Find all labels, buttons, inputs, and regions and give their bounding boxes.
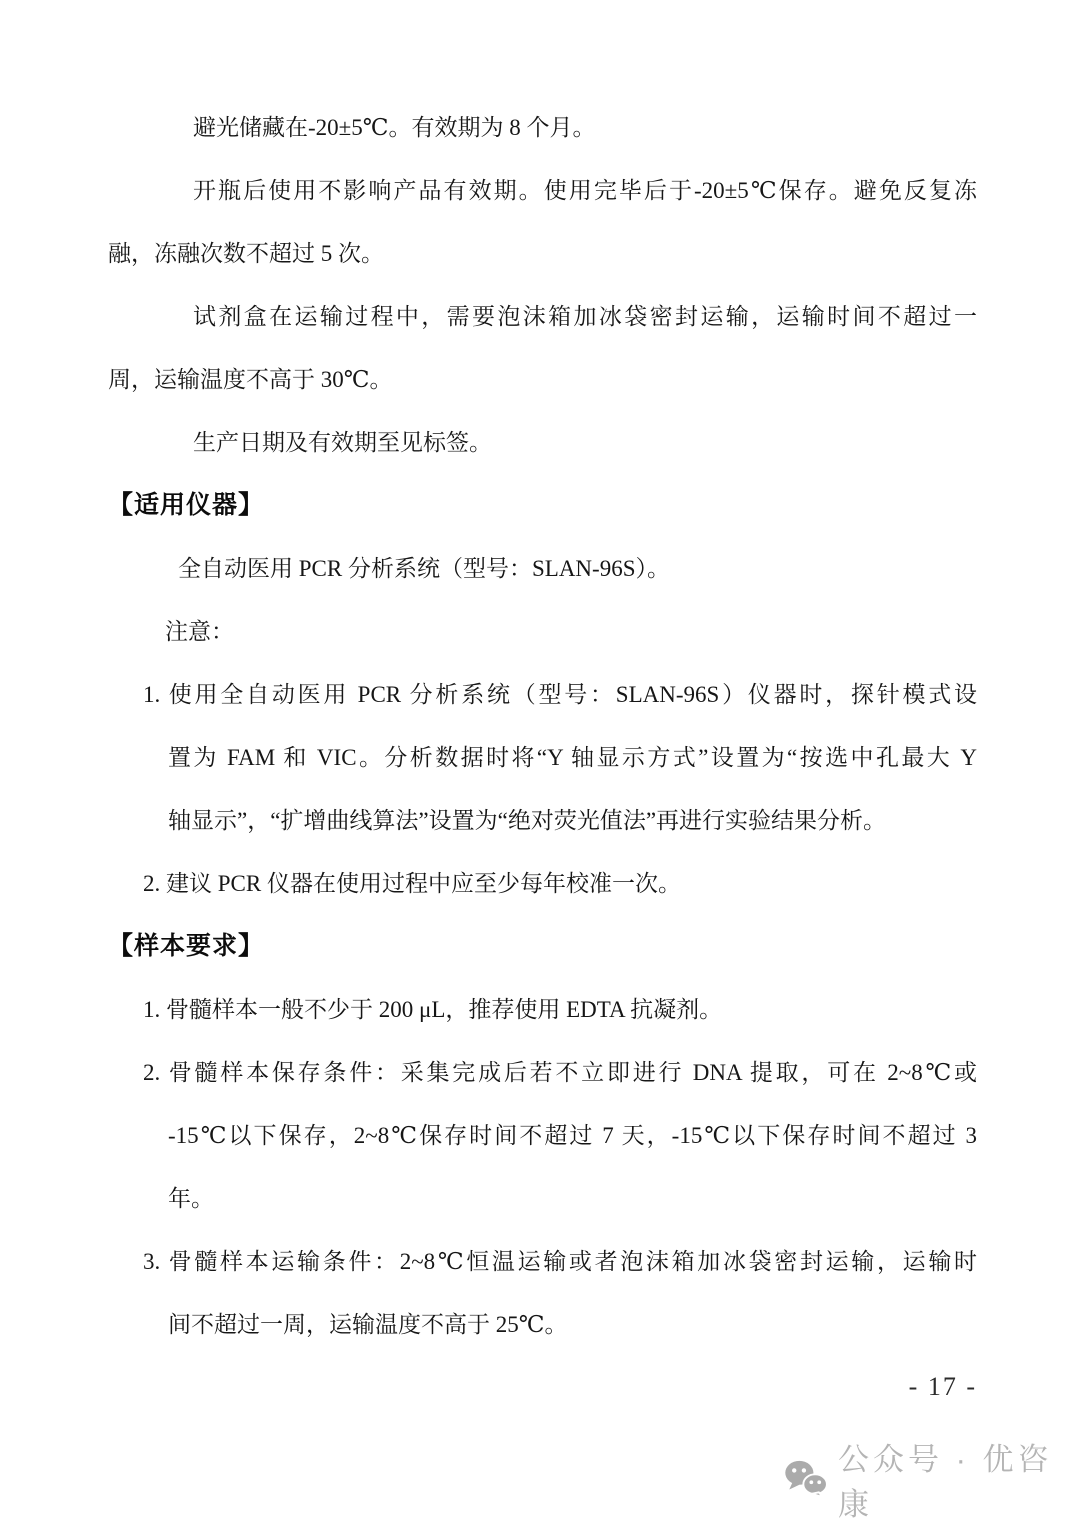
text-line: 置为 FAM 和 VIC。分析数据时将“Y 轴显示方式”设置为“按选中孔最大 Y <box>108 726 977 789</box>
footer-watermark-text: 公众号 · 优咨康 <box>838 1434 1080 1524</box>
text-line: 生产日期及有效期至见标签。 <box>108 411 977 474</box>
text-line: -15℃以下保存，2~8℃保存时间不超过 7 天，-15℃以下保存时间不超过 3 <box>108 1104 977 1167</box>
text-line: 开瓶后使用不影响产品有效期。使用完毕后于-20±5℃保存。避免反复冻 <box>108 159 977 222</box>
text-line: 2. 建议 PCR 仪器在使用过程中应至少每年校准一次。 <box>108 852 977 915</box>
section-heading: 【适用仪器】 <box>108 474 977 537</box>
document-lines: 避光储藏在-20±5℃。有效期为 8 个月。开瓶后使用不影响产品有效期。使用完毕… <box>108 96 977 1356</box>
text-line: 周，运输温度不高于 30℃。 <box>108 348 977 411</box>
footer-watermark: 公众号 · 优咨康 <box>784 1456 1080 1502</box>
text-line: 避光储藏在-20±5℃。有效期为 8 个月。 <box>108 96 977 159</box>
text-line: 年。 <box>108 1167 977 1230</box>
page-number: - 17 - <box>909 1372 977 1402</box>
section-heading: 【样本要求】 <box>108 915 977 978</box>
text-line: 融，冻融次数不超过 5 次。 <box>108 222 977 285</box>
text-line: 1. 骨髓样本一般不少于 200 μL，推荐使用 EDTA 抗凝剂。 <box>108 978 977 1041</box>
text-line: 间不超过一周，运输温度不高于 25℃。 <box>108 1293 977 1356</box>
document-page: 避光储藏在-20±5℃。有效期为 8 个月。开瓶后使用不影响产品有效期。使用完毕… <box>0 0 1080 1527</box>
text-line: 注意： <box>108 600 977 663</box>
text-line: 3. 骨髓样本运输条件：2~8℃恒温运输或者泡沫箱加冰袋密封运输，运输时 <box>108 1230 977 1293</box>
text-line: 全自动医用 PCR 分析系统（型号：SLAN-96S）。 <box>108 537 977 600</box>
text-line: 2. 骨髓样本保存条件：采集完成后若不立即进行 DNA 提取，可在 2~8℃或 <box>108 1041 977 1104</box>
wechat-icon <box>784 1460 828 1498</box>
text-line: 轴显示”，“扩增曲线算法”设置为“绝对荧光值法”再进行实验结果分析。 <box>108 789 977 852</box>
text-line: 1. 使用全自动医用 PCR 分析系统（型号：SLAN-96S）仪器时，探针模式… <box>108 663 977 726</box>
text-line: 试剂盒在运输过程中，需要泡沫箱加冰袋密封运输，运输时间不超过一 <box>108 285 977 348</box>
